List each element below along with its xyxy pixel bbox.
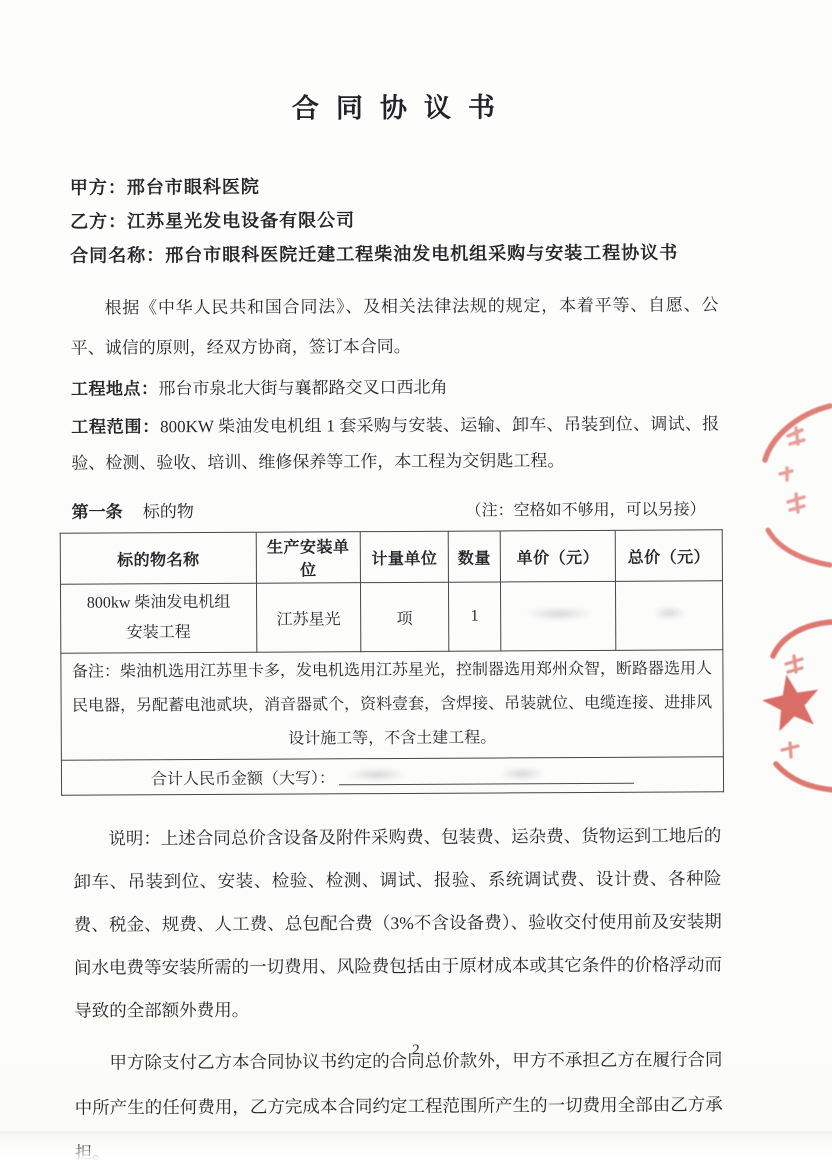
subject-name-line1: 800kw 柴油发电机组 [65, 588, 252, 619]
party-a-label: 甲方： [70, 177, 127, 197]
goods-table-header-row: 标的物名称 生产安装单位 计量单位 数量 单价（元） 总价（元） [60, 530, 722, 584]
official-seal-partial-bottom-icon [742, 612, 832, 794]
section1-heading: 第一条 [72, 502, 123, 521]
redacted-amount-smudge-1 [347, 767, 407, 780]
header-total-price: 总价（元） [615, 530, 722, 582]
goods-table-total-row: 合计人民币金额（大写）： [61, 757, 723, 795]
official-seal-partial-top-icon [746, 398, 832, 576]
subject-name-line2: 安装工程 [65, 618, 252, 649]
contract-name-label: 合同名称： [70, 245, 165, 265]
section1-title: 第一条 标的物 [72, 497, 194, 523]
redacted-total-price-smudge [652, 606, 686, 619]
party-a-line: 甲方：邢台市眼科医院 [70, 167, 718, 204]
scan-bottom-edge [0, 1131, 832, 1169]
cell-total-amount: 合计人民币金额（大写）： [61, 757, 723, 795]
contract-page: 合同协议书 甲方：邢台市眼科医院 乙方：江苏星光发电设备有限公司 合同名称：邢台… [0, 0, 832, 1169]
goods-table-data-row: 800kw 柴油发电机组 安装工程 江苏星光 项 1 [60, 581, 722, 653]
project-location-value: 邢台市泉北大街与襄都路交叉口西北角 [158, 378, 447, 399]
cell-unit-price [500, 581, 615, 651]
parties-block: 甲方：邢台市眼科医院 乙方：江苏星光发电设备有限公司 合同名称：邢台市眼科医院迁… [70, 167, 719, 272]
section1-row: 第一条 标的物 （注：空格如不够用，可以另接） [72, 494, 720, 522]
cell-subject-name: 800kw 柴油发电机组 安装工程 [60, 583, 256, 653]
cell-total-price [615, 581, 722, 651]
header-subject-name: 标的物名称 [60, 532, 256, 584]
cell-quantity: 1 [448, 582, 500, 651]
goods-table: 标的物名称 生产安装单位 计量单位 数量 单价（元） 总价（元） 800kw 柴… [60, 529, 724, 795]
cell-producer: 江苏星光 [256, 583, 360, 653]
contract-name-line: 合同名称：邢台市眼科医院迁建工程柴油发电机组采购与安装工程协议书 [70, 235, 718, 272]
header-unit: 计量单位 [360, 531, 448, 582]
header-producer: 生产安装单位 [256, 532, 360, 584]
total-amount-label: 合计人民币金额（大写）： [151, 770, 335, 788]
goods-table-remark-row: 备注：柴油机选用江苏里卡多，发电机选用江苏星光，控制器选用郑州众智，断路器选用人… [61, 650, 724, 760]
party-b-line: 乙方：江苏星光发电设备有限公司 [70, 201, 718, 238]
project-location-label: 工程地点： [71, 379, 159, 398]
project-scope-label: 工程范围： [71, 417, 160, 436]
header-quantity: 数量 [448, 531, 500, 582]
section1-subject: 标的物 [143, 502, 194, 521]
contract-name-value: 邢台市眼科医院迁建工程柴油发电机组采购与安装工程协议书 [165, 243, 678, 266]
document-content: 合同协议书 甲方：邢台市眼科医院 乙方：江苏星光发电设备有限公司 合同名称：邢台… [69, 0, 723, 1169]
page-number: 2 [0, 1042, 832, 1059]
party-b-label: 乙方： [70, 211, 127, 231]
cell-unit: 项 [360, 582, 448, 651]
party-b-value: 江苏星光发电设备有限公司 [127, 210, 355, 231]
header-unit-price: 单价（元） [500, 530, 615, 582]
preamble-paragraph: 根据《中华人民共和国合同法》、及相关法律法规的规定，本着平等、自愿、公平、诚信的… [70, 285, 718, 368]
seal-red-star-icon [762, 675, 818, 732]
redacted-amount-smudge-2 [499, 767, 545, 780]
cell-remark: 备注：柴油机选用江苏里卡多，发电机选用江苏星光，控制器选用郑州众智，断路器选用人… [61, 650, 724, 760]
redacted-unit-price-smudge [523, 607, 593, 620]
explanation-paragraph: 说明：上述合同总价含设备及附件采购费、包装费、运杂费、货物运到工地后的卸车、吊装… [73, 814, 722, 1032]
party-a-value: 邢台市眼科医院 [127, 177, 260, 198]
project-location-line: 工程地点：邢台市泉北大街与襄都路交叉口西北角 [71, 369, 719, 405]
section1-note: （注：空格如不够用，可以另接） [466, 496, 706, 520]
document-title: 合同协议书 [69, 84, 717, 126]
total-amount-blank-line [339, 766, 634, 785]
project-scope-paragraph: 工程范围：800KW 柴油发电机组 1 套采购与安装、运输、卸车、吊装到位、调试… [71, 406, 719, 481]
project-scope-value: 800KW 柴油发电机组 1 套采购与安装、运输、卸车、吊装到位、调试、报验、检… [71, 414, 719, 472]
